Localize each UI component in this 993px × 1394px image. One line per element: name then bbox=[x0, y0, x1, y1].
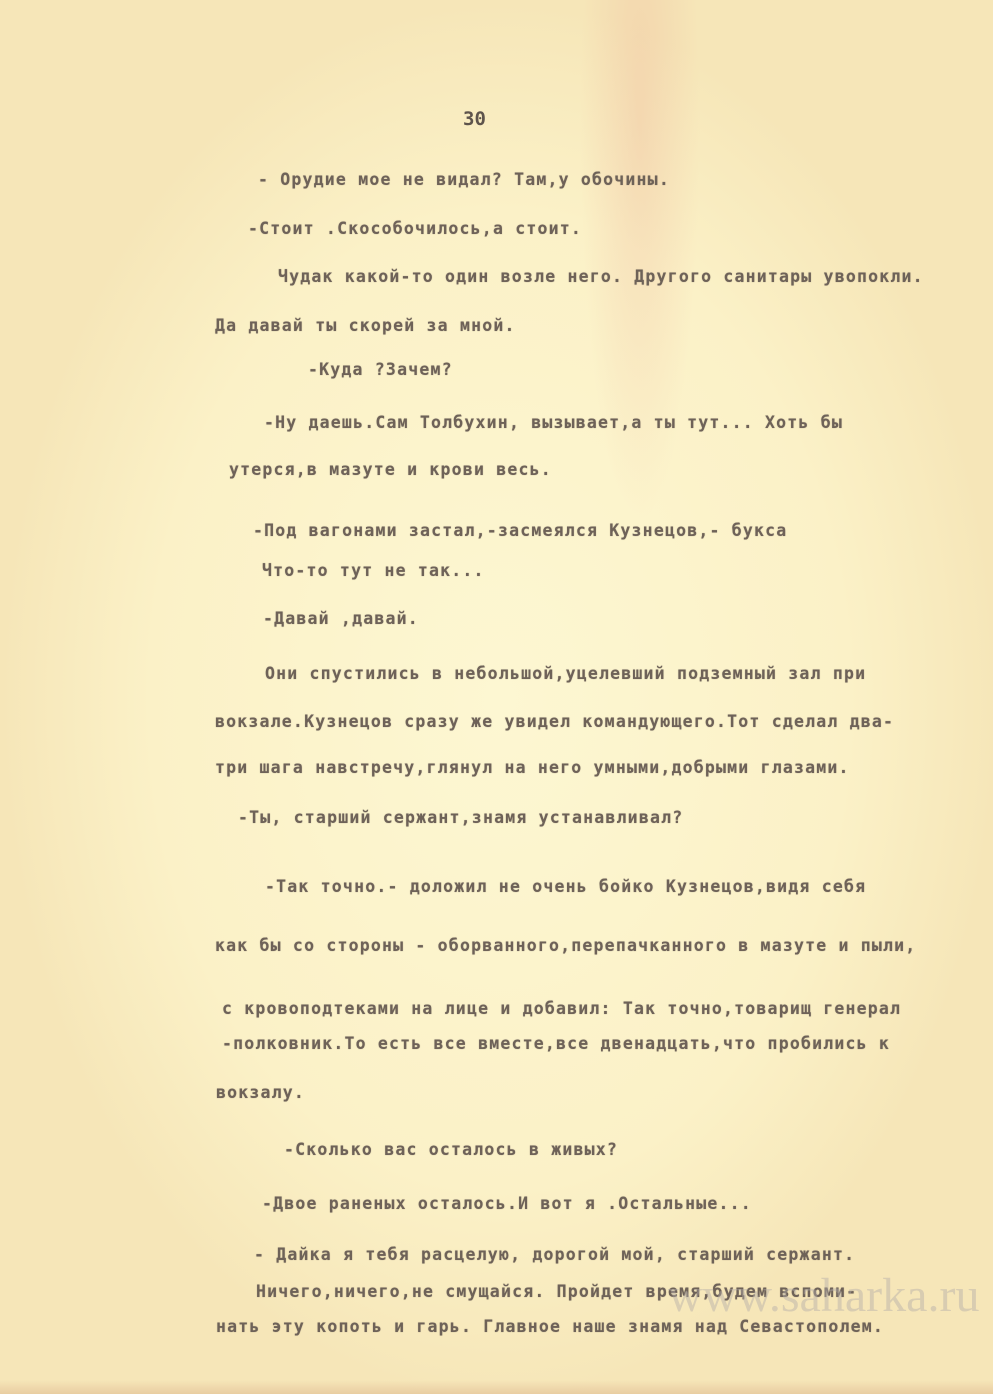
text-line: вокзалу. bbox=[216, 1083, 305, 1102]
text-line: - Дайка я тебя расцелую, дорогой мой, ст… bbox=[254, 1245, 855, 1264]
text-line: -полковник.То есть все вместе,все двенад… bbox=[222, 1034, 890, 1053]
text-line: Они спустились в небольшой,уцелевший под… bbox=[265, 664, 866, 683]
text-line: Да давай ты скорей за мной. bbox=[215, 316, 516, 335]
text-line: Чудак какой-то один возле него. Другого … bbox=[278, 267, 924, 286]
text-line: -Под вагонами застал,-засмеялся Кузнецов… bbox=[253, 521, 787, 540]
text-line: -Ты, старший сержант,знамя устанавливал? bbox=[238, 808, 683, 827]
text-line: утерся,в мазуте и крови весь. bbox=[229, 460, 552, 479]
page-number: 30 bbox=[463, 108, 486, 130]
text-line: три шага навстречу,глянул на него умными… bbox=[215, 758, 850, 777]
text-line: Что-то тут не так... bbox=[262, 561, 485, 580]
text-line: с кровоподтеками на лице и добавил: Так … bbox=[222, 999, 901, 1018]
text-line: вокзале.Кузнецов сразу же увидел команду… bbox=[215, 712, 894, 731]
text-line: -Давай ,давай. bbox=[263, 609, 419, 628]
text-line: как бы со стороны - оборванного,перепачк… bbox=[215, 936, 916, 955]
text-line: -Так точно.- доложил не очень бойко Кузн… bbox=[265, 877, 866, 896]
text-line: -Двое раненых осталось.И вот я .Остальны… bbox=[262, 1194, 752, 1213]
text-line: -Стоит .Скособочилось,а стоит. bbox=[248, 219, 582, 238]
text-line: -Ну даешь.Сам Толбухин, вызывает,а ты ту… bbox=[264, 413, 843, 432]
text-line: - Орудие мое не видал? Там,у обочины. bbox=[258, 170, 670, 189]
watermark: www.saharka.ru bbox=[668, 1268, 979, 1323]
text-line: -Куда ?Зачем? bbox=[308, 360, 453, 379]
typewritten-page: 30 - Орудие мое не видал? Там,у обочины.… bbox=[0, 0, 993, 1394]
text-line: -Сколько вас осталось в живых? bbox=[284, 1140, 618, 1159]
